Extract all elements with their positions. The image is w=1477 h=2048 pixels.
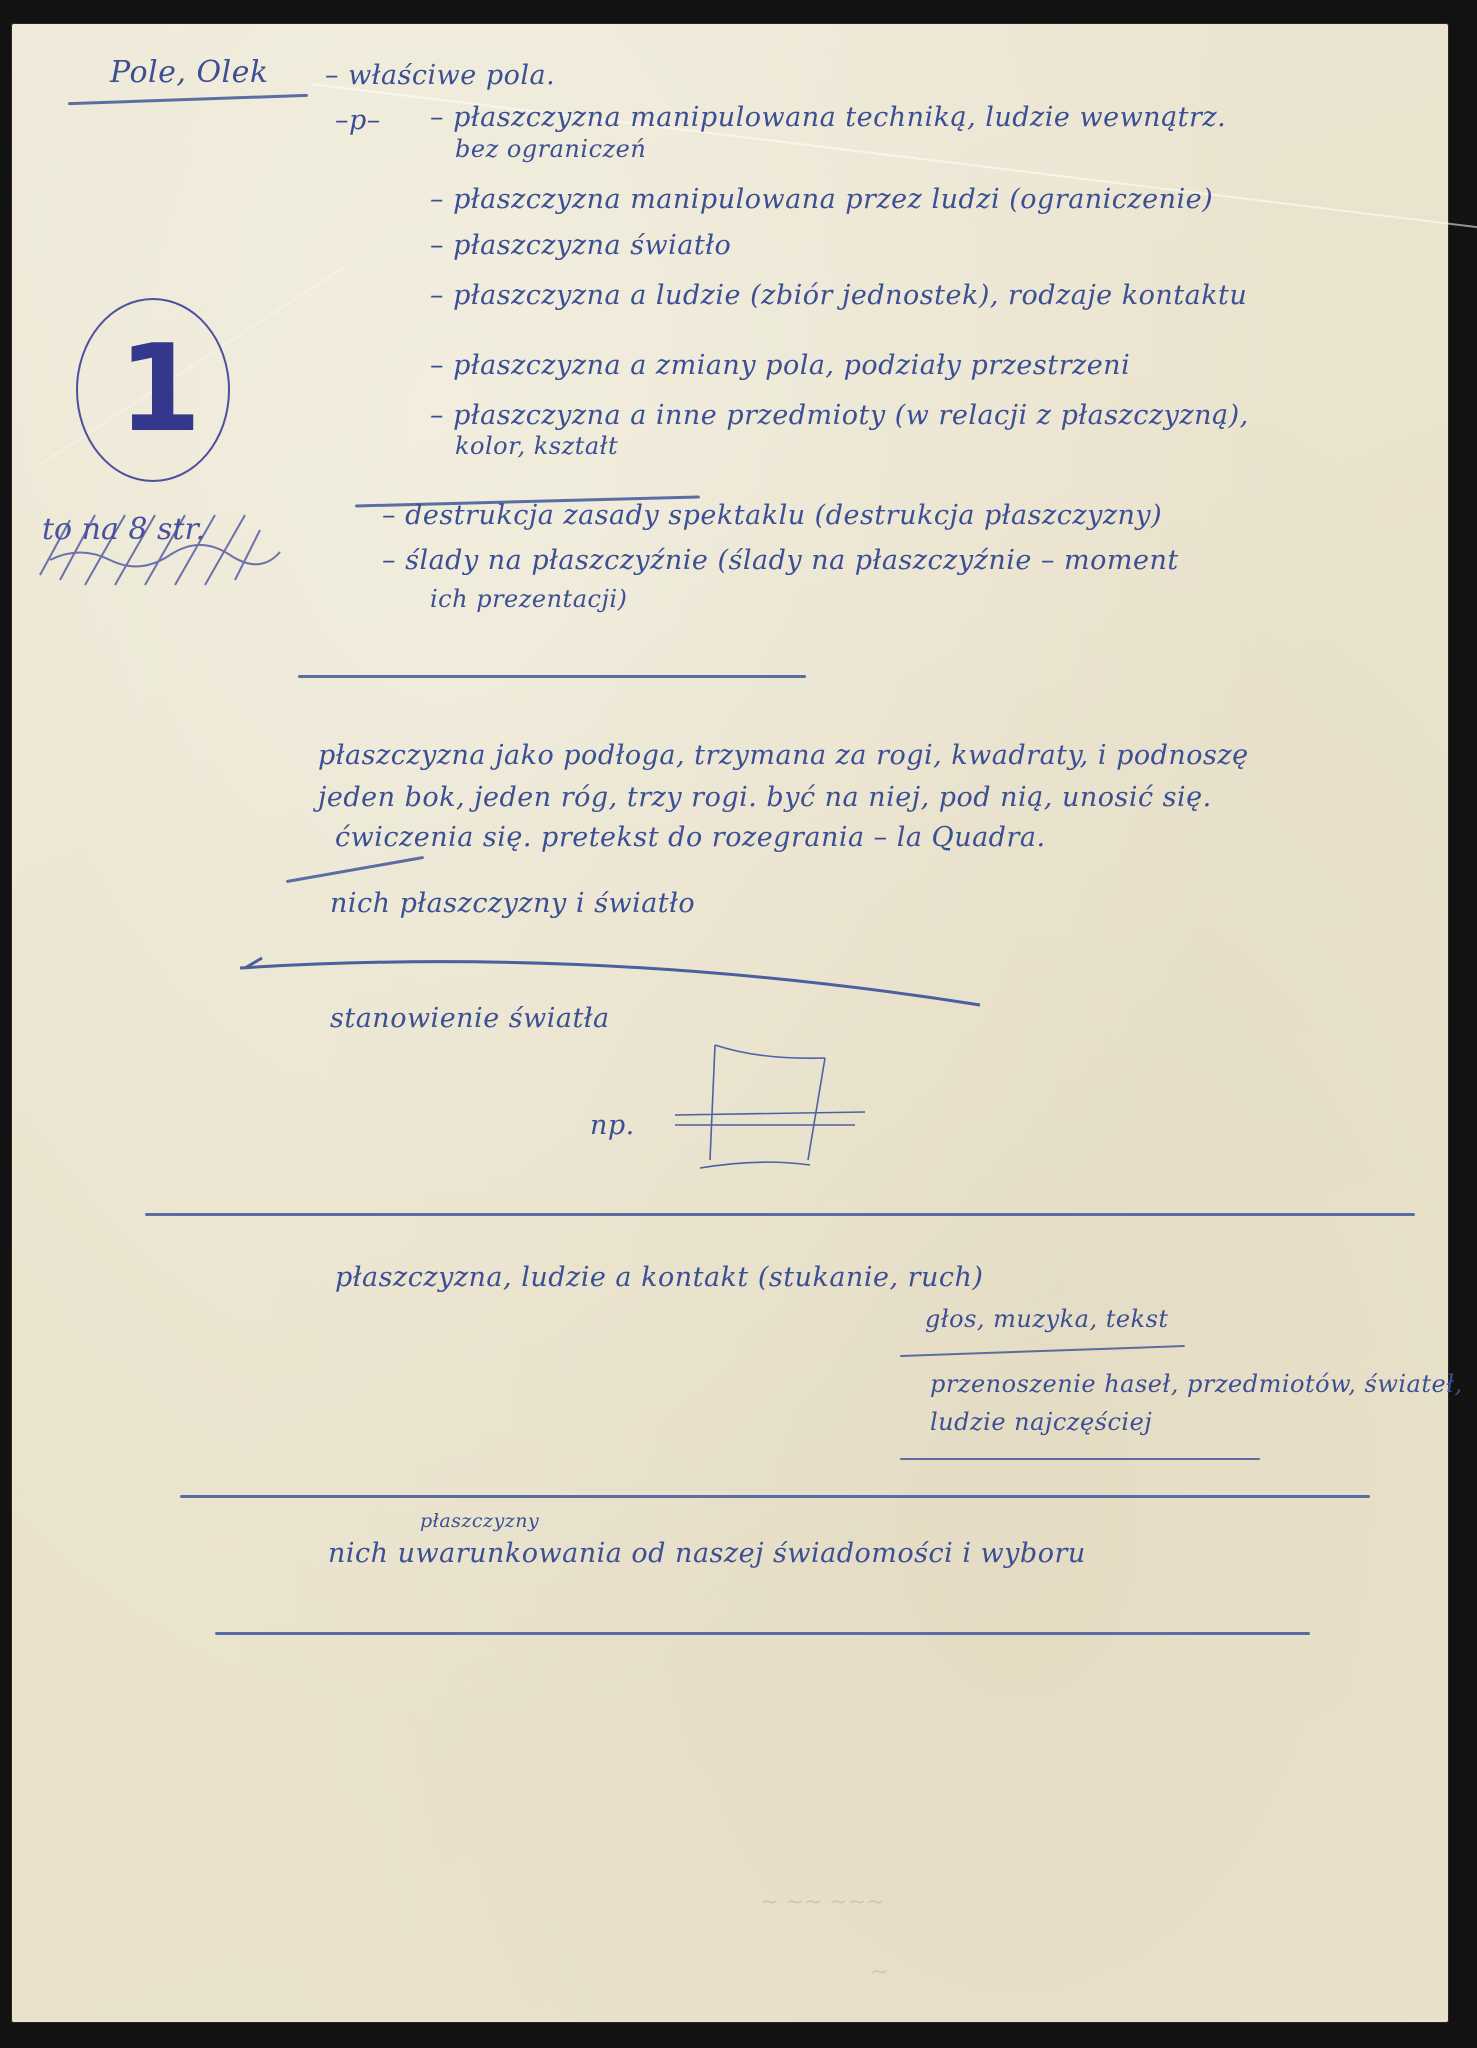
- section-contact-sub: przenoszenie haseł, przedmiotów, świateł…: [930, 1370, 1463, 1398]
- frame-sketch-icon: [0, 0, 1477, 2048]
- section-contact-sub: ludzie najczęściej: [930, 1408, 1152, 1436]
- divider: [180, 1495, 1370, 1498]
- section-contact-main: płaszczyzna, ludzie a kontakt (stukanie,…: [335, 1262, 983, 1293]
- divider-short: [900, 1458, 1260, 1460]
- divider: [215, 1632, 1310, 1635]
- section-contact-sub: głos, muzyka, tekst: [925, 1305, 1169, 1333]
- section-final: nich uwarunkowania od naszej świadomości…: [328, 1538, 1086, 1569]
- divider: [145, 1213, 1415, 1216]
- example-label: np.: [590, 1110, 635, 1141]
- bleed-through-marks: ~: [870, 1960, 888, 1985]
- bleed-through-marks: ~ ~~ ~~~: [760, 1890, 885, 1915]
- insertion-above: płaszczyzny: [420, 1510, 539, 1532]
